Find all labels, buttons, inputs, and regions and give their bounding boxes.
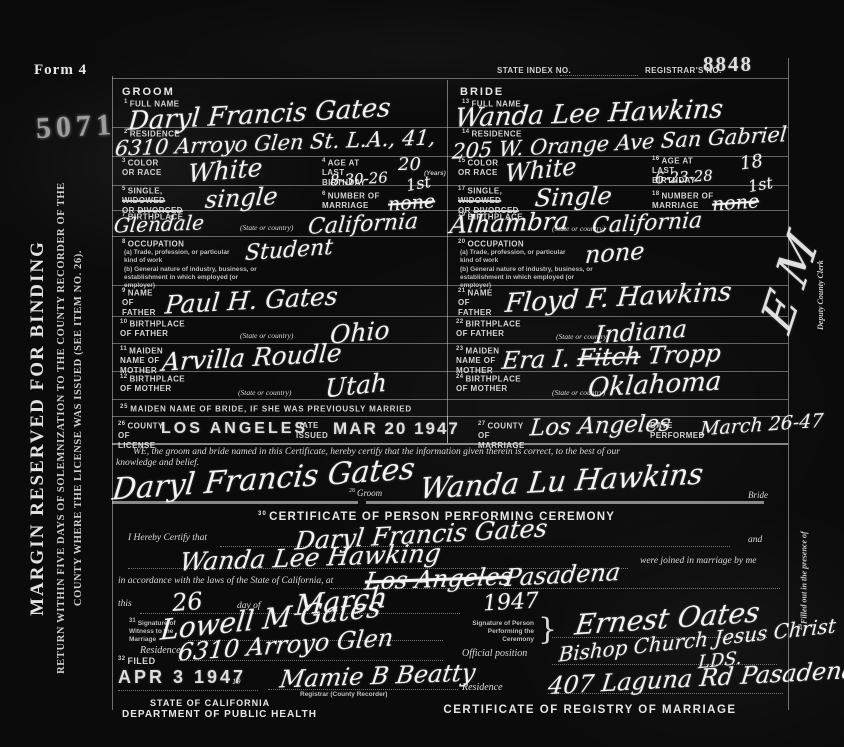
divider-line — [268, 689, 458, 690]
ceremony-year: 1947 — [482, 589, 539, 617]
divider-line — [112, 443, 788, 445]
officiant-brace: } — [538, 612, 557, 647]
date-issued-value: MAR 20 1947 — [333, 419, 460, 439]
groom-occupation-sub-a: (a) Trade, profession, or particular kin… — [124, 249, 234, 265]
groom-birthplace-city: Glendale — [113, 210, 206, 237]
bride-birth-date-value: 6-23-28 — [655, 166, 714, 187]
divider-line — [560, 75, 638, 76]
divider-line — [112, 399, 788, 400]
county-of-license-value: LOS ANGELES — [161, 420, 308, 438]
divider-line — [112, 76, 113, 710]
divider-line — [112, 416, 788, 417]
bride-signature: Wanda Lu Hawkins — [418, 456, 705, 505]
date-issued-label: DATE ISSUED — [296, 421, 330, 440]
divider-line — [447, 80, 448, 443]
binding-margin-title: MARGIN RESERVED FOR BINDING — [27, 138, 49, 718]
divider-line — [788, 58, 789, 710]
maiden-name-of-bride-label: 25MAIDEN NAME OF BRIDE, IF SHE WAS PREVI… — [120, 404, 412, 414]
bride-signature-label: Bride — [748, 490, 768, 500]
groom-occupation-label: 8OCCUPATION — [122, 239, 184, 249]
marriage-certificate-photostat: Form 4 5071 MARGIN RESERVED FOR BINDING … — [0, 0, 844, 747]
groom-signature-label: 28Groom — [349, 488, 382, 498]
certify-label: I Hereby Certify that — [128, 533, 207, 543]
officiant-label: Signature of Person Performing the Cerem… — [462, 620, 534, 644]
binding-margin-line1: RETURN WITHIN FIVE DAYS OF SOLEMNIZATION… — [56, 138, 67, 718]
filled-out-in-presence-label: 29Filled out in the presence of — [798, 470, 809, 630]
divider-line — [548, 693, 783, 694]
bride-age-value: 18 — [739, 151, 765, 175]
bride-birthplace-state: California — [591, 208, 703, 239]
deputy-clerk-label: Deputy County Clerk — [816, 195, 825, 330]
binding-margin-note: MARGIN RESERVED FOR BINDING RETURN WITHI… — [27, 138, 103, 718]
ceremony-place: Pasadena — [503, 558, 622, 592]
groom-father-birthplace-label: 10BIRTHPLACE OF FATHER — [120, 319, 182, 339]
binding-margin-line2: COUNTY WHERE THE LICENSE WAS ISSUED (SEE… — [73, 138, 84, 718]
registrar-number: 8848 — [703, 52, 753, 77]
groom-birth-date-value: 8-30-26 — [330, 168, 389, 189]
groom-father-name-label: 9NAME OF FATHER — [122, 288, 167, 317]
groom-color-race-label: 3COLOR OR RACE — [122, 158, 164, 178]
bride-color-race-label: 15COLOR OR RACE — [458, 158, 500, 178]
officiant-position-label: Official position — [462, 648, 527, 659]
footer-registry-title: CERTIFICATE OF REGISTRY OF MARRIAGE — [400, 704, 780, 716]
filed-year-prefix: 19 — [232, 676, 241, 686]
bride-birthplace-city: Alhambra — [449, 207, 571, 239]
bride-mother-birthplace-value: Oklahoma — [587, 366, 723, 403]
groom-age-value: 20 — [398, 154, 421, 175]
bride-marriage-number-struck: none — [711, 190, 760, 215]
accordance-label: in accordance with the laws of the State… — [118, 576, 333, 586]
divider-line — [366, 501, 764, 504]
form-number: Form 4 — [34, 62, 87, 79]
groom-mother-birthplace-hint: (State or country) — [238, 388, 291, 397]
date-performed-label: DATE PERFORMED — [650, 421, 696, 440]
divider-line — [330, 588, 780, 589]
witness-residence-label: Residence — [140, 645, 181, 656]
groom-father-birthplace-hint: (State or country) — [240, 331, 293, 340]
bride-occupation-sub-a: (a) Trade, profession, or particular kin… — [460, 249, 570, 265]
bride-mother-birthplace-label: 24BIRTHPLACE OF MOTHER — [456, 374, 518, 394]
bride-occupation-label: 20OCCUPATION — [458, 239, 524, 249]
date-performed-value: March 26-47 — [699, 410, 824, 441]
bride-occupation-value: none — [584, 237, 645, 269]
divider-line — [112, 501, 358, 504]
bride-father-name-label: 21NAME OF FATHER — [458, 288, 503, 317]
bride-section-title: BRIDE — [460, 86, 504, 98]
registrar-signature-label: Registrar (County Recorder) — [300, 691, 387, 699]
groom-marriage-number-label: 6NUMBER OF MARRIAGE — [322, 191, 392, 211]
groom-section-title: GROOM — [122, 86, 175, 98]
groom-birthplace-hint: (State or country) — [240, 223, 293, 232]
filed-label: 32FILED — [118, 656, 155, 667]
divider-line — [112, 78, 788, 79]
joined-label: were joined in marriage by me — [640, 556, 757, 566]
footer-state: STATE OF CALIFORNIA — [150, 698, 270, 708]
and-label: and — [748, 535, 762, 545]
footer-department: DEPARTMENT OF PUBLIC HEALTH — [122, 709, 317, 720]
groom-mother-birthplace-label: 12BIRTHPLACE OF MOTHER — [120, 374, 182, 394]
groom-occupation-value: Student — [244, 235, 334, 266]
filed-date-stamp: APR 3 1947 — [118, 667, 246, 688]
this-label: this — [118, 599, 132, 609]
divider-line — [118, 690, 258, 691]
bride-father-birthplace-label: 22BIRTHPLACE OF FATHER — [456, 319, 518, 339]
